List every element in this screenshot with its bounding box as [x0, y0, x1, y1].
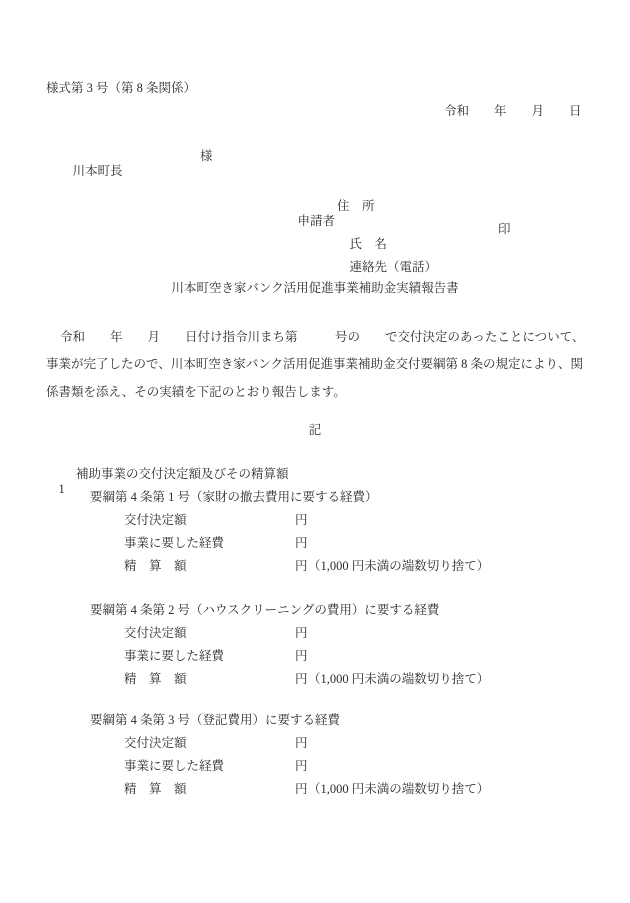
expense-row-label: 精 算 額 — [124, 782, 187, 797]
expense-row-label: 交付決定額 — [124, 513, 187, 528]
body-paragraph-line: 事業が完了したので、川本町空き家バンク活用促進事業補助金交付要綱第 8 条の規定… — [46, 357, 583, 372]
expense-row-unit: 円 — [295, 736, 308, 751]
expense-block-1: 要綱第 4 条第 1 号（家財の撤去費用に要する経費） 交付決定額 円 事業に要… — [0, 490, 630, 580]
expense-row-label: 事業に要した経費 — [124, 536, 224, 551]
document-page: 様式第 3 号（第 8 条関係） 令和 年 月 日 川本町長 様 申請者 住 所… — [0, 0, 630, 903]
addressee-line: 川本町長 様 — [60, 149, 123, 209]
expense-row-unit: 円 — [295, 536, 308, 551]
expense-block-subheading: 要綱第 4 条第 3 号（登記費用）に要する経費 — [90, 713, 340, 728]
expense-row-unit: 円 — [295, 513, 308, 528]
section-heading-text: 補助事業の交付決定額及びその精算額 — [76, 467, 289, 482]
form-number: 様式第 3 号（第 8 条関係） — [46, 81, 196, 96]
seal-mark: 印 — [498, 222, 511, 237]
expense-row-label: 事業に要した経費 — [124, 649, 224, 664]
expense-row-label: 交付決定額 — [124, 626, 187, 641]
expense-row-label: 精 算 額 — [124, 672, 187, 687]
expense-row-note: （1,000 円未満の端数切り捨て） — [308, 672, 489, 687]
expense-block-2: 要綱第 4 条第 2 号（ハウスクリーニングの費用）に要する経費 交付決定額 円… — [0, 603, 630, 693]
expense-block-subheading: 要綱第 4 条第 1 号（家財の撤去費用に要する経費） — [90, 490, 378, 505]
applicant-contact-label: 連絡先（電話） — [350, 260, 438, 274]
expense-row-unit: 円 — [295, 559, 308, 574]
expense-row-unit: 円 — [295, 626, 308, 641]
expense-row-unit: 円 — [295, 649, 308, 664]
applicant-address-line: 申請者 住 所 — [285, 199, 335, 259]
body-paragraph-line: 令和 年 月 日付け指令川まち第 号の で交付決定のあったことについて、 — [60, 330, 584, 345]
expense-row-note: （1,000 円未満の端数切り捨て） — [308, 559, 489, 574]
body-paragraph-line: 係書類を添え、その実績を下記のとおり報告します。 — [46, 385, 346, 400]
applicant-label: 申請者 — [298, 214, 336, 228]
document-title: 川本町空き家バンク活用促進事業補助金実績報告書 — [0, 281, 630, 296]
expense-row-label: 交付決定額 — [124, 736, 187, 751]
expense-row-label: 事業に要した経費 — [124, 759, 224, 774]
expense-row-unit: 円 — [295, 672, 308, 687]
addressee: 川本町長 — [73, 164, 123, 178]
expense-row: 精 算 額 円 （1,000 円未満の端数切り捨て） — [0, 782, 630, 857]
expense-block-3: 要綱第 4 条第 3 号（登記費用）に要する経費 交付決定額 円 事業に要した経… — [0, 713, 630, 803]
expense-block-subheading: 要綱第 4 条第 2 号（ハウスクリーニングの費用）に要する経費 — [90, 603, 439, 618]
applicant-address-label: 住 所 — [337, 199, 375, 214]
date-line: 令和 年 月 日 — [444, 104, 582, 119]
expense-row-note: （1,000 円未満の端数切り捨て） — [308, 782, 489, 797]
addressee-honorific: 様 — [200, 149, 213, 164]
expense-row-unit: 円 — [295, 759, 308, 774]
record-marker: 記 — [0, 423, 630, 438]
expense-row-unit: 円 — [295, 782, 308, 797]
expense-row-label: 精 算 額 — [124, 559, 187, 574]
